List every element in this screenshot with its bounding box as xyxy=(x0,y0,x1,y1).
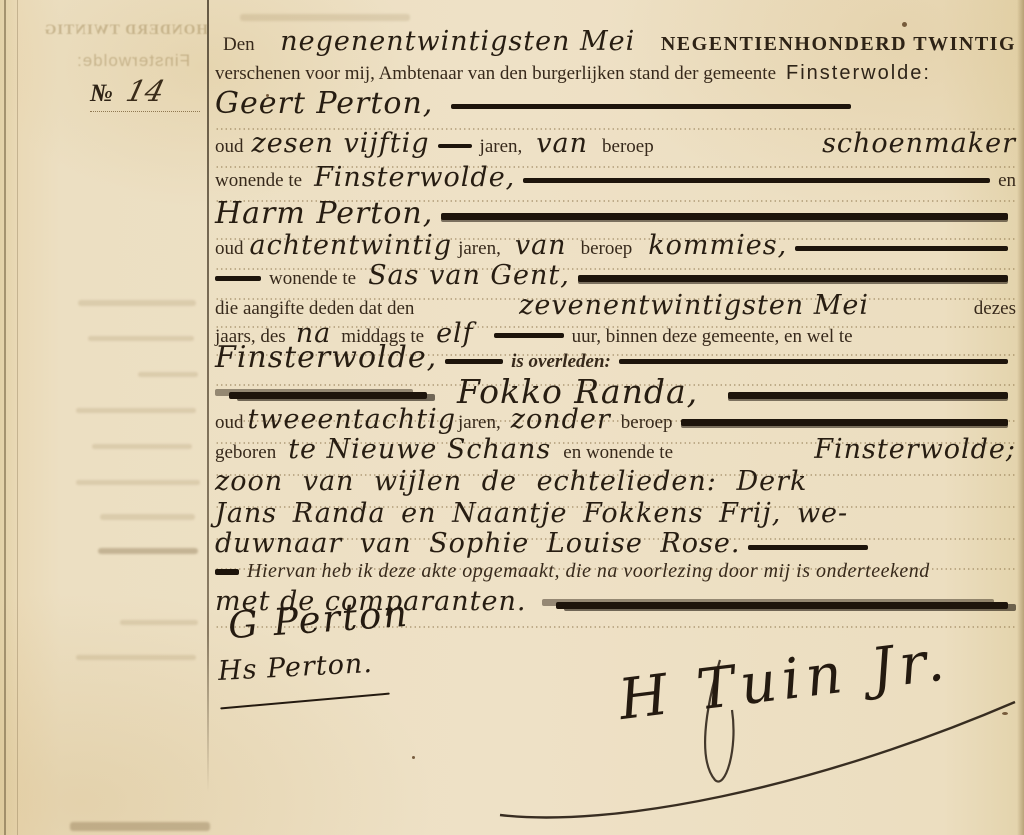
printed-year: NEGENTIENHONDERD TWINTIG xyxy=(661,33,1016,56)
printed-geboren: geboren xyxy=(215,442,276,464)
page-left-edge-inner xyxy=(17,0,18,835)
handwritten-age1: zesen vijftig xyxy=(252,128,430,159)
printed-jaren: jaren, xyxy=(480,136,523,158)
handwritten-residence2: Sas van Gent, xyxy=(368,260,570,291)
handwritten-birthplace: te Nieuwe Schans xyxy=(288,434,551,465)
bleed-smudge xyxy=(78,300,196,306)
bleed-smudge xyxy=(138,372,198,377)
printed-beroep3: beroep xyxy=(621,412,673,434)
line-closing: Hiervan heb ik deze akte opgemaakt, die … xyxy=(215,560,1016,583)
bleed-smudge xyxy=(120,620,198,625)
printed-oud2: oud xyxy=(215,238,244,260)
handwritten-death-date: zevenentwintigsten Mei xyxy=(414,290,973,321)
printed-oud3: oud xyxy=(215,412,244,434)
signature-declarant2: Hs Perton. xyxy=(217,648,373,687)
bleed-smudge xyxy=(76,408,196,413)
declarant2-name: Harm Perton, xyxy=(215,196,433,231)
act-number-value: 14 xyxy=(123,74,168,108)
death-record-scan: HONDERD TWINTIG Finsterwolde: № 14 Den n… xyxy=(0,0,1024,835)
handwritten-zonder: zonder xyxy=(511,404,611,435)
bleed-smudge xyxy=(88,336,194,341)
handwritten-occupation2: kommies, xyxy=(648,230,787,261)
printed-den: Den xyxy=(223,34,255,56)
printed-is-overleden: is overleden: xyxy=(511,351,611,373)
printed-beroep2: beroep xyxy=(581,238,633,260)
bleed-smudge xyxy=(76,655,196,660)
handwritten-date: negenentwintigsten Mei xyxy=(255,26,661,57)
printed-jaren3: jaren, xyxy=(458,412,501,434)
printed-wonende-te1: wonende te xyxy=(215,170,302,192)
signature-declarant2-underline xyxy=(220,693,390,710)
bleed-line-2: Finsterwolde: xyxy=(58,51,208,71)
printed-aangifte: die aangifte deden dat den xyxy=(215,298,414,320)
bleed-smudge xyxy=(92,444,192,449)
margin-rule xyxy=(207,0,209,792)
handwritten-residence1: Finsterwolde, xyxy=(314,162,515,193)
act-number: № 14 xyxy=(90,74,200,112)
printed-en: en xyxy=(998,170,1016,192)
handwritten-occupation1: schoenmaker xyxy=(654,128,1016,159)
bleed-smudge xyxy=(76,480,200,485)
handwritten-death-place: Finsterwolde, xyxy=(215,340,437,375)
act-number-label: № xyxy=(90,80,113,108)
bleed-smudge xyxy=(100,514,195,520)
printed-en-wonende-te: en wonende te xyxy=(563,442,673,464)
handwritten-age3: tweeentachtig xyxy=(248,404,457,435)
printed-wonende-te2: wonende te xyxy=(269,268,356,290)
handwritten-parents-2: Jans Randa en Naantje Fokkens Frij, we- xyxy=(215,498,848,529)
bleed-through-text: HONDERD TWINTIG Finsterwolde: xyxy=(58,22,208,71)
printed-jaren2: jaren, xyxy=(458,238,501,260)
line-declarant1-name: Geert Perton, xyxy=(215,86,1016,131)
foxing-speck xyxy=(412,756,415,759)
handwritten-residence3: Finsterwolde; xyxy=(673,434,1016,465)
handwritten-van2: van xyxy=(515,230,567,261)
printed-closing: Hiervan heb ik deze akte opgemaakt, die … xyxy=(247,560,930,583)
handwritten-age2: achtentwintig xyxy=(250,230,453,261)
signature-flourish xyxy=(470,630,1024,830)
page-left-edge xyxy=(4,0,6,835)
handwritten-parents-3: duwnaar van Sophie Louise Rose. xyxy=(215,528,740,559)
bleed-smudge xyxy=(70,822,210,831)
bleed-line-1: HONDERD TWINTIG xyxy=(58,22,208,39)
printed-official: verschenen voor mij, Ambtenaar van den b… xyxy=(215,63,776,85)
municipality-name: Finsterwolde: xyxy=(786,62,931,85)
printed-dezes: dezes xyxy=(974,298,1016,320)
line-official: verschenen voor mij, Ambtenaar van den b… xyxy=(215,62,1016,85)
line-date: Den negenentwintigsten Mei NEGENTIENHOND… xyxy=(215,26,1016,57)
handwritten-van1: van xyxy=(536,128,588,159)
declarant1-name: Geert Perton, xyxy=(215,86,433,121)
printed-oud: oud xyxy=(215,136,244,158)
bleed-smudge xyxy=(240,14,410,21)
bleed-smudge xyxy=(98,548,198,554)
handwritten-parents-1: zoon van wijlen de echtelieden: Derk xyxy=(215,466,807,497)
printed-beroep: beroep xyxy=(602,136,654,158)
